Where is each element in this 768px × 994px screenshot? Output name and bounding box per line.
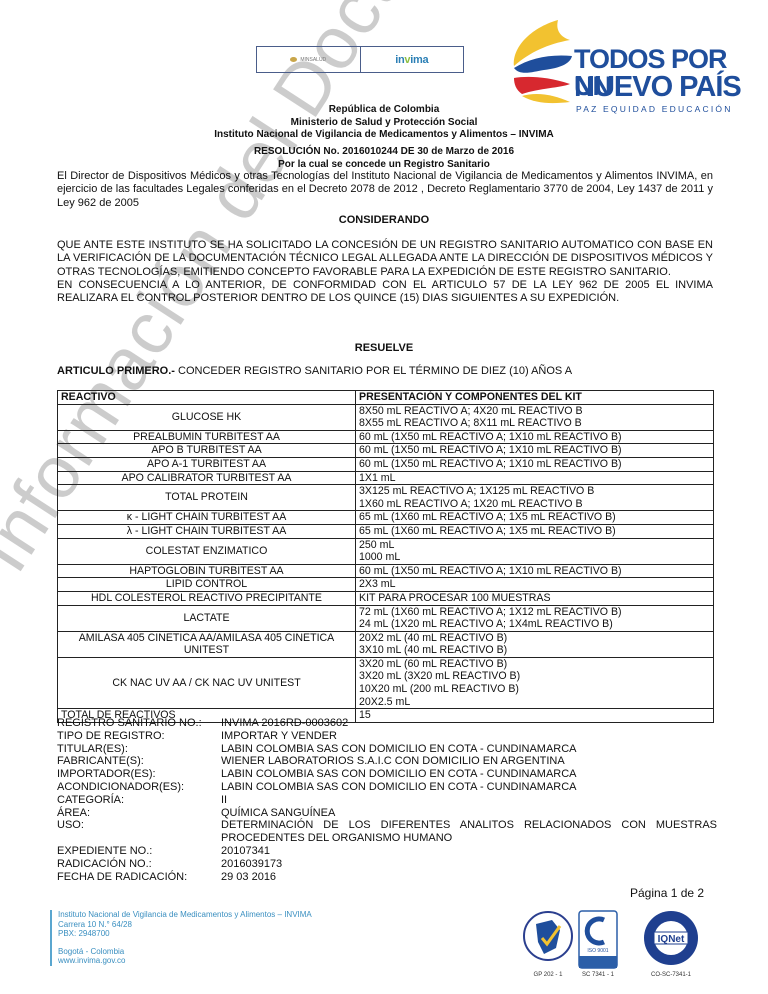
field-label: ACONDICIONADOR(ES): [57,781,221,794]
presentacion-line: 3X20 mL (60 mL REACTIVO B) [359,658,710,671]
presentacion-cell: 20X2 mL (40 mL REACTIVO B)3X10 mL (40 mL… [356,631,714,657]
field-row: USO:DETERMINACIÓN DE LOS DIFERENTES ANAL… [57,819,717,845]
reactivo-cell: κ - LIGHT CHAIN TURBITEST AA [58,511,356,525]
presentacion-cell: KIT PARA PROCESAR 100 MUESTRAS [356,591,714,605]
presentacion-line: 8X50 mL REACTIVO A; 4X20 mL REACTIVO B [359,405,710,418]
field-label: EXPEDIENTE NO.: [57,845,221,858]
presentacion-line: 8X55 mL REACTIVO A; 8X11 mL REACTIVO B [359,417,710,430]
article-first: ARTICULO PRIMERO.- CONCEDER REGISTRO SAN… [57,365,713,378]
reactivo-cell: COLESTAT ENZIMATICO [58,538,356,564]
icontec-iso9001-icon: ISO 9001 [578,910,618,970]
presentacion-cell: 65 mL (1X60 mL REACTIVO A; 1X5 mL REACTI… [356,511,714,525]
field-value: 2016039173 [221,858,717,871]
reactivo-cell: APO B TURBITEST AA [58,444,356,458]
field-label: TITULAR(ES): [57,743,221,756]
table-row: AMILASA 405 CINETICA AA/AMILASA 405 CINE… [58,631,714,657]
presentacion-cell: 65 mL (1X60 mL REACTIVO A; 1X5 mL REACTI… [356,524,714,538]
footer-institute: Instituto Nacional de Vigilancia de Medi… [58,910,312,920]
presentacion-line: 20X2 mL (40 mL REACTIVO B) [359,632,710,645]
field-row: REGISTRO SANITARIO NO.:INVIMA 2016RD-000… [57,717,717,730]
colombia-flag-swoosh-icon [500,18,580,118]
field-value: 29 03 2016 [221,871,717,884]
article-label: ARTICULO PRIMERO.- [57,365,175,377]
table-row: HAPTOGLOBIN TURBITEST AA60 mL (1X50 mL R… [58,564,714,578]
field-row: FABRICANTE(S):WIENER LABORATORIOS S.A.I.… [57,755,717,768]
reactivo-cell: LACTATE [58,605,356,631]
page-number: Página 1 de 2 [630,886,704,900]
table-row: APO A-1 TURBITEST AA60 mL (1X50 mL REACT… [58,457,714,471]
field-value: 20107341 [221,845,717,858]
reactivo-cell: APO A-1 TURBITEST AA [58,457,356,471]
field-value: INVIMA 2016RD-0003602 [221,717,717,730]
field-row: EXPEDIENTE NO.:20107341 [57,845,717,858]
field-row: FECHA DE RADICACIÓN:29 03 2016 [57,871,717,884]
footer-address: Instituto Nacional de Vigilancia de Medi… [50,910,312,966]
presentacion-cell: 3X125 mL REACTIVO A; 1X125 mL REACTIVO B… [356,485,714,511]
table-row: COLESTAT ENZIMATICO250 mL1000 mL [58,538,714,564]
svg-text:ISO 9001: ISO 9001 [587,948,608,954]
reactivo-cell: AMILASA 405 CINETICA AA/AMILASA 405 CINE… [58,631,356,657]
presentacion-line: 65 mL (1X60 mL REACTIVO A; 1X5 mL REACTI… [359,511,710,524]
considerando-paragraph-2: EN CONSECUENCIA A LO ANTERIOR, DE CONFOR… [57,279,713,306]
table-row: LIPID CONTROL2X3 mL [58,578,714,592]
reactivo-cell: TOTAL PROTEIN [58,485,356,511]
presentacion-line: 250 mL [359,539,710,552]
presentacion-line: 3X125 mL REACTIVO A; 1X125 mL REACTIVO B [359,485,710,498]
table-row: λ - LIGHT CHAIN TURBITEST AA65 mL (1X60 … [58,524,714,538]
field-label: IMPORTADOR(ES): [57,768,221,781]
field-row: TITULAR(ES):LABIN COLOMBIA SAS CON DOMIC… [57,743,717,756]
presentacion-cell: 8X50 mL REACTIVO A; 4X20 mL REACTIVO B8X… [356,404,714,430]
table-row: CK NAC UV AA / CK NAC UV UNITEST3X20 mL … [58,657,714,708]
table-row: APO CALIBRATOR TURBITEST AA1X1 mL [58,471,714,485]
intro-paragraph: El Director de Dispositivos Médicos y ot… [57,170,713,210]
ministry-name: Ministerio de Salud y Protección Social [0,117,768,130]
presentacion-line: 60 mL (1X50 mL REACTIVO A; 1X10 mL REACT… [359,565,710,578]
considerando-heading: CONSIDERANDO [0,214,768,227]
reactivo-cell: CK NAC UV AA / CK NAC UV UNITEST [58,657,356,708]
reactivo-cell: λ - LIGHT CHAIN TURBITEST AA [58,524,356,538]
presentacion-cell: 60 mL (1X50 mL REACTIVO A; 1X10 mL REACT… [356,444,714,458]
field-value: LABIN COLOMBIA SAS CON DOMICILIO EN COTA… [221,781,717,794]
table-row: PREALBUMIN TURBITEST AA60 mL (1X50 mL RE… [58,430,714,444]
field-label: ÁREA: [57,807,221,820]
table-row: κ - LIGHT CHAIN TURBITEST AA65 mL (1X60 … [58,511,714,525]
header-reactivo: REACTIVO [58,391,356,405]
presentacion-line: 10X20 mL (200 mL REACTIVO B) [359,683,710,696]
presentacion-cell: 60 mL (1X50 mL REACTIVO A; 1X10 mL REACT… [356,564,714,578]
cert-gp: GP 202 - 1 [522,910,574,978]
footer-website-link[interactable]: www.invima.gov.co [58,956,312,966]
slogan-line-2: NUEVO PAÍS [574,73,741,102]
presentacion-cell: 3X20 mL (60 mL REACTIVO B)3X20 mL (3X20 … [356,657,714,708]
header-logo-box: MINSALUD invima [256,46,464,73]
field-label: REGISTRO SANITARIO NO.: [57,717,221,730]
presentacion-cell: 60 mL (1X50 mL REACTIVO A; 1X10 mL REACT… [356,457,714,471]
reactivo-cell: GLUCOSE HK [58,404,356,430]
cert-code-iqnet: CO-SC-7341-1 [640,972,702,978]
registration-fields: REGISTRO SANITARIO NO.:INVIMA 2016RD-000… [57,717,717,883]
presentacion-line: 3X20 mL (3X20 mL REACTIVO B) [359,670,710,683]
reactivo-cell: LIPID CONTROL [58,578,356,592]
field-value: LABIN COLOMBIA SAS CON DOMICILIO EN COTA… [221,768,717,781]
field-label: RADICACIÓN NO.: [57,858,221,871]
reagents-table: REACTIVO PRESENTACIÓN Y COMPONENTES DEL … [57,390,714,723]
institute-name: Instituto Nacional de Vigilancia de Medi… [0,129,768,142]
table-header-row: REACTIVO PRESENTACIÓN Y COMPONENTES DEL … [58,391,714,405]
colombia-quality-seal-icon [522,910,574,970]
table-row: GLUCOSE HK8X50 mL REACTIVO A; 4X20 mL RE… [58,404,714,430]
cert-code-icontec: SC 7341 - 1 [578,972,618,978]
field-value: QUÍMICA SANGUÍNEA [221,807,717,820]
reactivo-cell: PREALBUMIN TURBITEST AA [58,430,356,444]
cert-code-gp: GP 202 - 1 [522,972,574,978]
cert-icontec: ISO 9001 SC 7341 - 1 [578,910,618,978]
invima-logo: invima [360,47,464,72]
presentacion-line: KIT PARA PROCESAR 100 MUESTRAS [359,592,710,605]
presentacion-line: 1X1 mL [359,472,710,485]
resuelve-heading: RESUELVE [0,342,768,355]
field-label: FECHA DE RADICACIÓN: [57,871,221,884]
field-row: IMPORTADOR(ES):LABIN COLOMBIA SAS CON DO… [57,768,717,781]
field-label: CATEGORÍA: [57,794,221,807]
field-value: IMPORTAR Y VENDER [221,730,717,743]
considerando-paragraph-1: QUE ANTE ESTE INSTITUTO SE HA SOLICITADO… [57,239,713,279]
presentacion-line: 60 mL (1X50 mL REACTIVO A; 1X10 mL REACT… [359,431,710,444]
presentacion-line: 1X60 mL REACTIVO A; 1X20 mL REACTIVO B [359,498,710,511]
slogan-logo: TODOS POR UN NUEVO PAÍS PAZ EQUIDAD EDUC… [500,18,760,108]
presentacion-cell: 2X3 mL [356,578,714,592]
presentacion-line: 65 mL (1X60 mL REACTIVO A; 1X5 mL REACTI… [359,525,710,538]
field-value: LABIN COLOMBIA SAS CON DOMICILIO EN COTA… [221,743,717,756]
footer-city: Bogotá - Colombia [58,947,312,957]
country-name: República de Colombia [0,104,768,117]
table-row: TOTAL PROTEIN3X125 mL REACTIVO A; 1X125 … [58,485,714,511]
svg-text:IQNet: IQNet [658,934,685,945]
footer-phone: PBX: 2948700 [58,929,312,939]
resolution-block: RESOLUCIÓN No. 2016010244 DE 30 de Marzo… [0,146,768,171]
field-label: USO: [57,819,221,845]
footer-street: Carrera 10 N.° 64/28 [58,920,312,930]
presentacion-line: 3X10 mL (40 mL REACTIVO B) [359,644,710,657]
issuer-block: República de Colombia Ministerio de Salu… [0,104,768,142]
field-row: RADICACIÓN NO.:2016039173 [57,858,717,871]
reactivo-cell: APO CALIBRATOR TURBITEST AA [58,471,356,485]
field-row: ACONDICIONADOR(ES):LABIN COLOMBIA SAS CO… [57,781,717,794]
iqnet-certified-icon: IQNet [640,910,702,970]
presentacion-cell: 1X1 mL [356,471,714,485]
presentacion-line: 2X3 mL [359,578,710,591]
table-row: HDL COLESTEROL REACTIVO PRECIPITANTEKIT … [58,591,714,605]
field-value: DETERMINACIÓN DE LOS DIFERENTES ANALITOS… [221,819,717,845]
header-presentacion: PRESENTACIÓN Y COMPONENTES DEL KIT [356,391,714,405]
field-row: CATEGORÍA:II [57,794,717,807]
resolution-number: RESOLUCIÓN No. 2016010244 DE 30 de Marzo… [0,146,768,159]
reactivo-cell: HDL COLESTEROL REACTIVO PRECIPITANTE [58,591,356,605]
presentacion-cell: 250 mL1000 mL [356,538,714,564]
reactivo-cell: HAPTOGLOBIN TURBITEST AA [58,564,356,578]
presentacion-line: 1000 mL [359,551,710,564]
presentacion-line: 72 mL (1X60 mL REACTIVO A; 1X12 mL REACT… [359,606,710,619]
considerando-body: QUE ANTE ESTE INSTITUTO SE HA SOLICITADO… [57,239,713,305]
table-row: LACTATE72 mL (1X60 mL REACTIVO A; 1X12 m… [58,605,714,631]
field-label: TIPO DE REGISTRO: [57,730,221,743]
cert-iqnet: IQNet CO-SC-7341-1 [640,910,702,978]
presentacion-line: 60 mL (1X50 mL REACTIVO A; 1X10 mL REACT… [359,444,710,457]
field-row: ÁREA:QUÍMICA SANGUÍNEA [57,807,717,820]
field-row: TIPO DE REGISTRO:IMPORTAR Y VENDER [57,730,717,743]
field-value: II [221,794,717,807]
field-label: FABRICANTE(S): [57,755,221,768]
presentacion-line: 24 mL (1X20 mL REACTIVO A; 1X4mL REACTIV… [359,618,710,631]
presentacion-cell: 60 mL (1X50 mL REACTIVO A; 1X10 mL REACT… [356,430,714,444]
presentacion-cell: 72 mL (1X60 mL REACTIVO A; 1X12 mL REACT… [356,605,714,631]
colombia-seal-icon [290,57,297,62]
presentacion-line: 20X2.5 mL [359,696,710,709]
field-value: WIENER LABORATORIOS S.A.I.C CON DOMICILI… [221,755,717,768]
presentacion-line: 60 mL (1X50 mL REACTIVO A; 1X10 mL REACT… [359,458,710,471]
article-text: CONCEDER REGISTRO SANITARIO POR EL TÉRMI… [175,365,572,377]
minsalud-logo: MINSALUD [257,47,360,72]
table-row: APO B TURBITEST AA60 mL (1X50 mL REACTIV… [58,444,714,458]
